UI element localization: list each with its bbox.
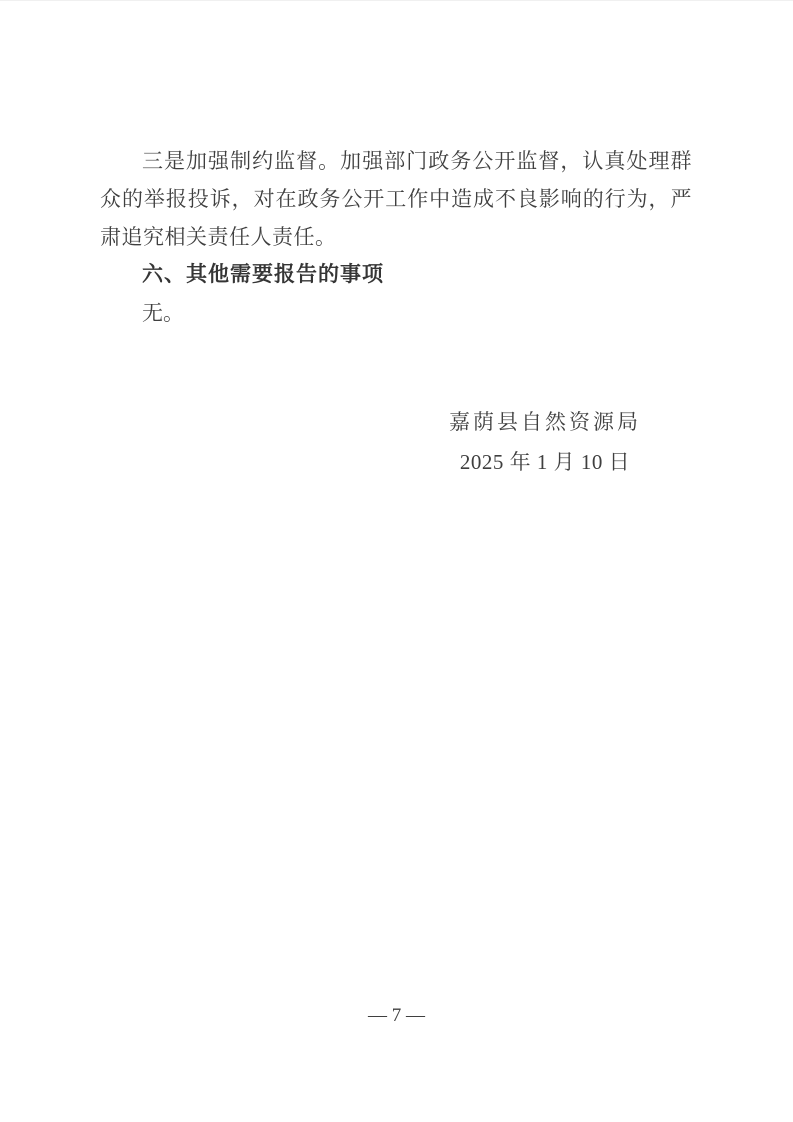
signature-block: 嘉荫县自然资源局 2025 年 1 月 10 日 (375, 402, 715, 482)
document-page: 三是加强制约监督。加强部门政务公开监督，认真处理群众的举报投诉，对在政务公开工作… (0, 0, 793, 1122)
section-heading: 六、其他需要报告的事项 (100, 256, 692, 294)
signature-organization: 嘉荫县自然资源局 (375, 402, 715, 442)
document-content: 三是加强制约监督。加强部门政务公开监督，认真处理群众的举报投诉，对在政务公开工作… (0, 1, 793, 482)
paragraph-supervision: 三是加强制约监督。加强部门政务公开监督，认真处理群众的举报投诉，对在政务公开工作… (100, 142, 692, 256)
page-footer: — 7 — (0, 1003, 793, 1029)
page-number: — 7 — (368, 1005, 425, 1026)
paragraph-none: 无。 (100, 294, 692, 332)
signature-date: 2025 年 1 月 10 日 (375, 442, 715, 482)
